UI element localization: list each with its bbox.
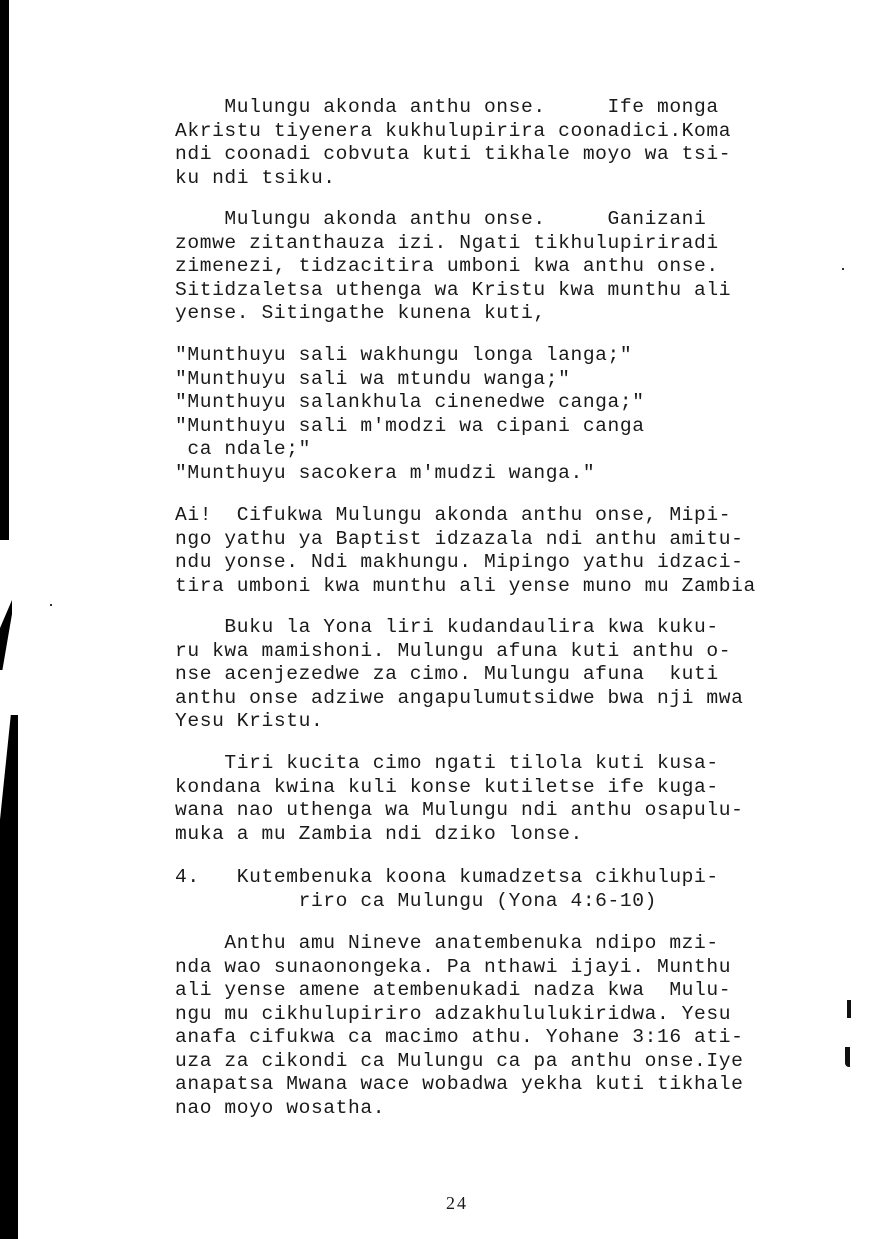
scan-edge-shadow	[0, 715, 18, 1239]
text-line: Sitidzaletsa uthenga wa Kristu kwa munth…	[175, 279, 731, 302]
scan-speck	[842, 268, 844, 270]
text-line: ru kwa mamishoni. Mulungu afuna kuti ant…	[175, 640, 731, 663]
text-line: yense. Sitingathe kunena kuti,	[175, 302, 546, 325]
text-line: tira umboni kwa munthu ali yense muno mu…	[175, 575, 756, 598]
text-line: Akristu tiyenera kukhulupirira coonadici…	[175, 120, 731, 143]
scan-edge-shadow	[0, 0, 9, 540]
text-line: Yesu Kristu.	[175, 710, 323, 733]
text-line: ndu yonse. Ndi makhungu. Mipingo yathu i…	[175, 551, 743, 574]
text-line: Tiri kucita cimo ngati tilola kuti kusa-	[175, 752, 719, 775]
text-line: nda wao sunaonongeka. Pa nthawi ijayi. M…	[175, 956, 731, 979]
text-line: "Munthuyu sali wakhungu longa langa;"	[175, 344, 632, 367]
scanned-page: Mulungu akonda anthu onse. Ife mongaAkri…	[0, 0, 872, 1239]
text-line: nse acenjezedwe za cimo. Mulungu afuna k…	[175, 663, 719, 686]
text-line: "Munthuyu salankhula cinenedwe canga;"	[175, 391, 645, 414]
text-line: uza za cikondi ca Mulungu ca pa anthu on…	[175, 1050, 743, 1073]
text-line: Mulungu akonda anthu onse. Ife monga	[175, 96, 719, 119]
text-line: "Munthuyu sali m'modzi wa cipani canga	[175, 415, 645, 438]
text-line: ngu mu cikhulupiriro adzakhululukiridwa.…	[175, 1003, 731, 1026]
text-line: Ai! Cifukwa Mulungu akonda anthu onse, M…	[175, 504, 731, 527]
scan-edge-shadow	[0, 600, 12, 670]
text-line: wana nao uthenga wa Mulungu ndi anthu os…	[175, 799, 743, 822]
text-line: ndi coonadi cobvuta kuti tikhale moyo wa…	[175, 143, 731, 166]
text-line: ali yense amene atembenukadi nadza kwa M…	[175, 979, 731, 1002]
text-line: zimenezi, tidzacitira umboni kwa anthu o…	[175, 255, 719, 278]
text-line: nao moyo wosatha.	[175, 1097, 385, 1120]
text-line: Mulungu akonda anthu onse. Ganizani	[175, 208, 706, 231]
text-line: anthu onse adziwe angapulumutsidwe bwa n…	[175, 687, 743, 710]
text-line: anafa cifukwa ca macimo athu. Yohane 3:1…	[175, 1026, 743, 1049]
text-line: muka a mu Zambia ndi dziko lonse.	[175, 823, 583, 846]
text-line: "Munthuyu sacokera m'mudzi wanga."	[175, 462, 595, 485]
text-line: kondana kwina kuli konse kutiletse ife k…	[175, 776, 719, 799]
text-line: Buku la Yona liri kudandaulira kwa kuku-	[175, 616, 719, 639]
section-heading-line: riro ca Mulungu (Yona 4:6-10)	[175, 890, 657, 913]
text-line: ngo yathu ya Baptist idzazala ndi anthu …	[175, 528, 743, 551]
scan-artifact-mark	[845, 1047, 850, 1067]
text-line: zomwe zitanthauza izi. Ngati tikhulupiri…	[175, 232, 719, 255]
scan-artifact-mark	[847, 1000, 851, 1018]
text-line: "Munthuyu sali wa mtundu wanga;"	[175, 368, 570, 391]
scan-speck	[50, 604, 52, 606]
section-heading-line: 4. Kutembenuka koona kumadzetsa cikhulup…	[175, 866, 719, 889]
page-number: 24	[446, 1193, 468, 1214]
text-line: Anthu amu Nineve anatembenuka ndipo mzi-	[175, 932, 719, 955]
text-line: anapatsa Mwana wace wobadwa yekha kuti t…	[175, 1073, 743, 1096]
text-line: ca ndale;"	[175, 438, 311, 461]
text-line: ku ndi tsiku.	[175, 167, 336, 190]
